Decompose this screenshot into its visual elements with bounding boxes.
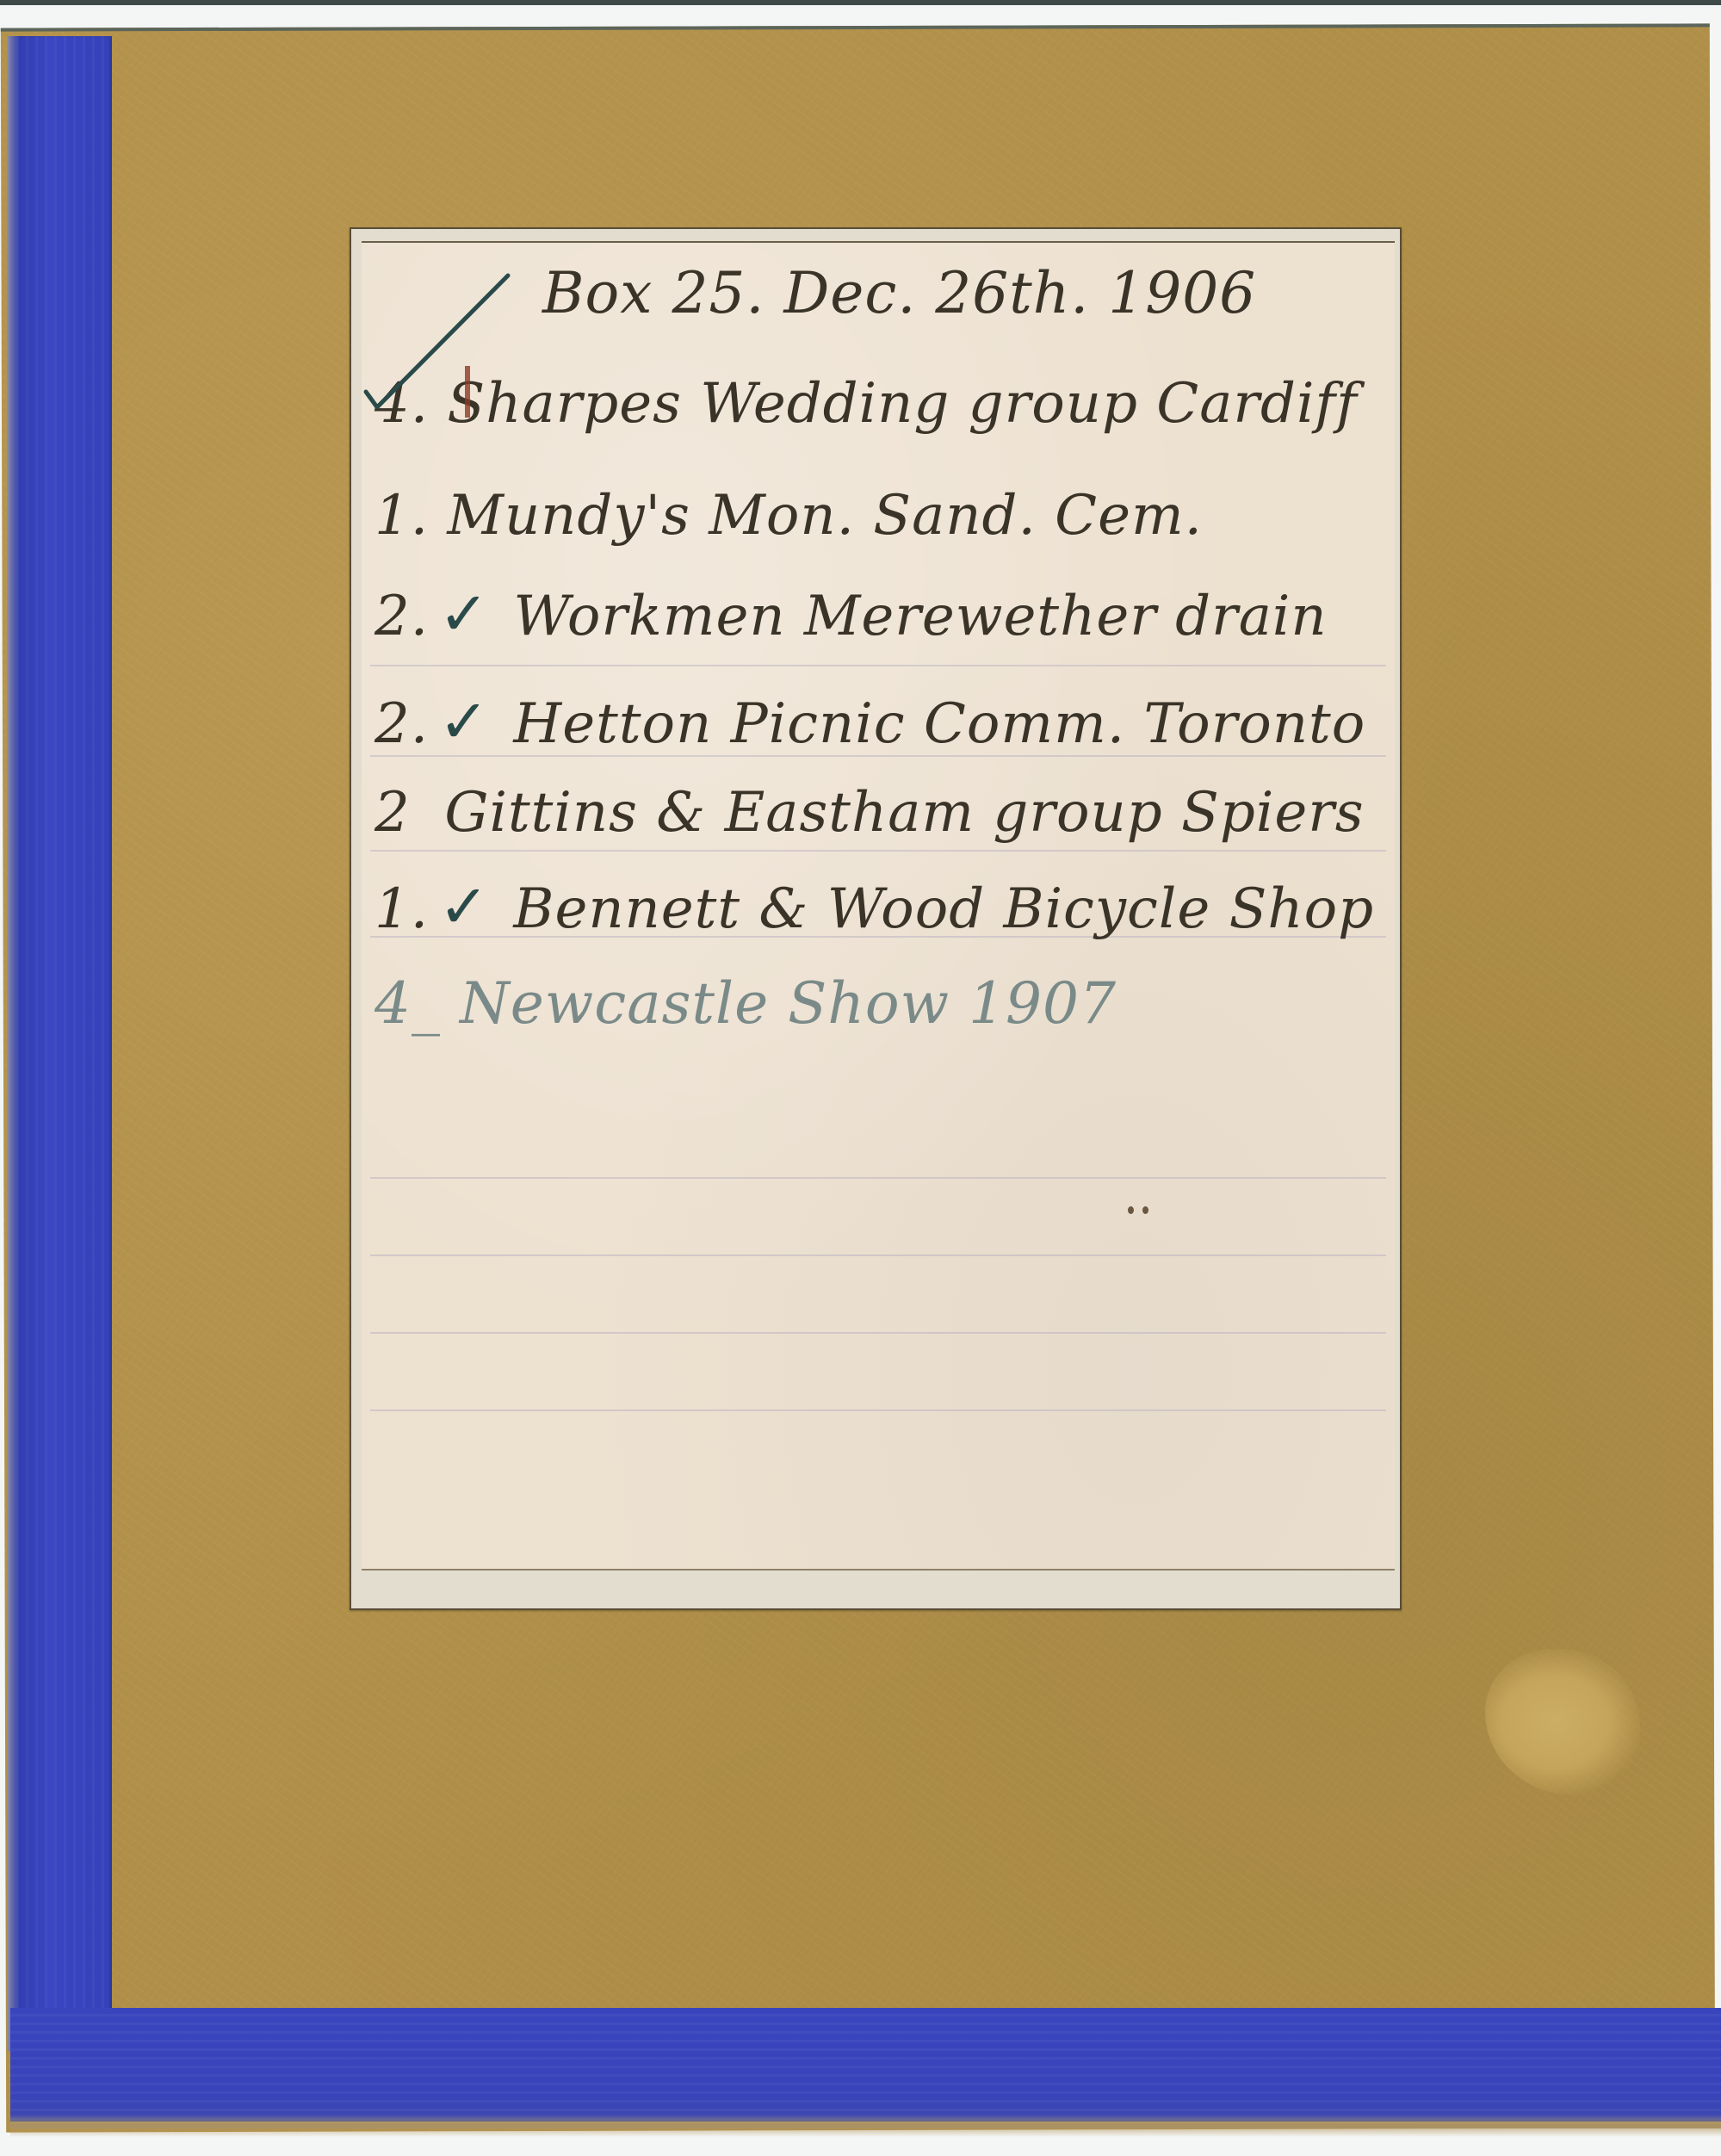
- list-item: 1. Mundy's Mon. Sand. Cem.: [375, 484, 1203, 548]
- item-quantity: 2.: [375, 585, 429, 648]
- list-item: 1. ✓ Bennett & Wood Bicycle Shop: [375, 871, 1374, 942]
- item-quantity: 2.: [375, 692, 429, 756]
- item-quantity: 4_: [375, 970, 441, 1037]
- box-header-text: Box 25. Dec. 26th. 1906: [542, 260, 1256, 326]
- item-description: Bennett & Wood Bicycle Shop: [513, 877, 1374, 941]
- checkmark-icon: ✓: [438, 871, 490, 942]
- item-description: Mundy's Mon. Sand. Cem.: [447, 484, 1203, 548]
- ruled-line: [370, 665, 1386, 666]
- checkmark-icon: ✓: [438, 579, 490, 649]
- item-description: Hetton Picnic Comm. Toronto: [513, 692, 1365, 756]
- item-quantity: 1.: [375, 877, 429, 941]
- list-item: 4. Sharpes Wedding group Cardiff: [375, 372, 1358, 436]
- item-description: Workmen Merewether drain: [513, 585, 1327, 648]
- item-description: Sharpes Wedding group Cardiff: [447, 372, 1357, 436]
- ruled-line: [370, 1177, 1386, 1179]
- item-quantity: 2: [375, 781, 426, 845]
- list-item: 2. ✓ Workmen Merewether drain: [375, 579, 1328, 649]
- ink-spot: [1128, 1206, 1134, 1214]
- item-quantity: 1.: [375, 484, 429, 548]
- checkmark-icon: ✓: [438, 686, 490, 757]
- blue-binding-tape-left: [7, 36, 112, 2051]
- red-ink-mark: [465, 366, 470, 418]
- ruled-line: [370, 1409, 1386, 1411]
- list-item-pencil: 4_ Newcastle Show 1907: [375, 970, 1117, 1037]
- list-item: 2 Gittins & Eastham group Spiers: [375, 781, 1365, 845]
- item-description: Gittins & Eastham group Spiers: [444, 781, 1364, 845]
- list-item: 2. ✓ Hetton Picnic Comm. Toronto: [375, 686, 1365, 757]
- item-description: Newcastle Show 1907: [460, 970, 1117, 1037]
- scan-top-edge: [0, 0, 1721, 5]
- ruled-line: [370, 1255, 1386, 1256]
- blue-binding-tape-bottom: [10, 2008, 1721, 2128]
- ink-spots: [1128, 1201, 1157, 1217]
- ruled-line: [370, 850, 1386, 852]
- ruled-line: [370, 1332, 1386, 1334]
- header-checkmark-icon: [362, 271, 512, 409]
- handwritten-label: Box 25. Dec. 26th. 1906 4. Sharpes Weddi…: [362, 241, 1395, 1571]
- box-header: Box 25. Dec. 26th. 1906: [542, 260, 1256, 326]
- ink-spot: [1142, 1206, 1148, 1214]
